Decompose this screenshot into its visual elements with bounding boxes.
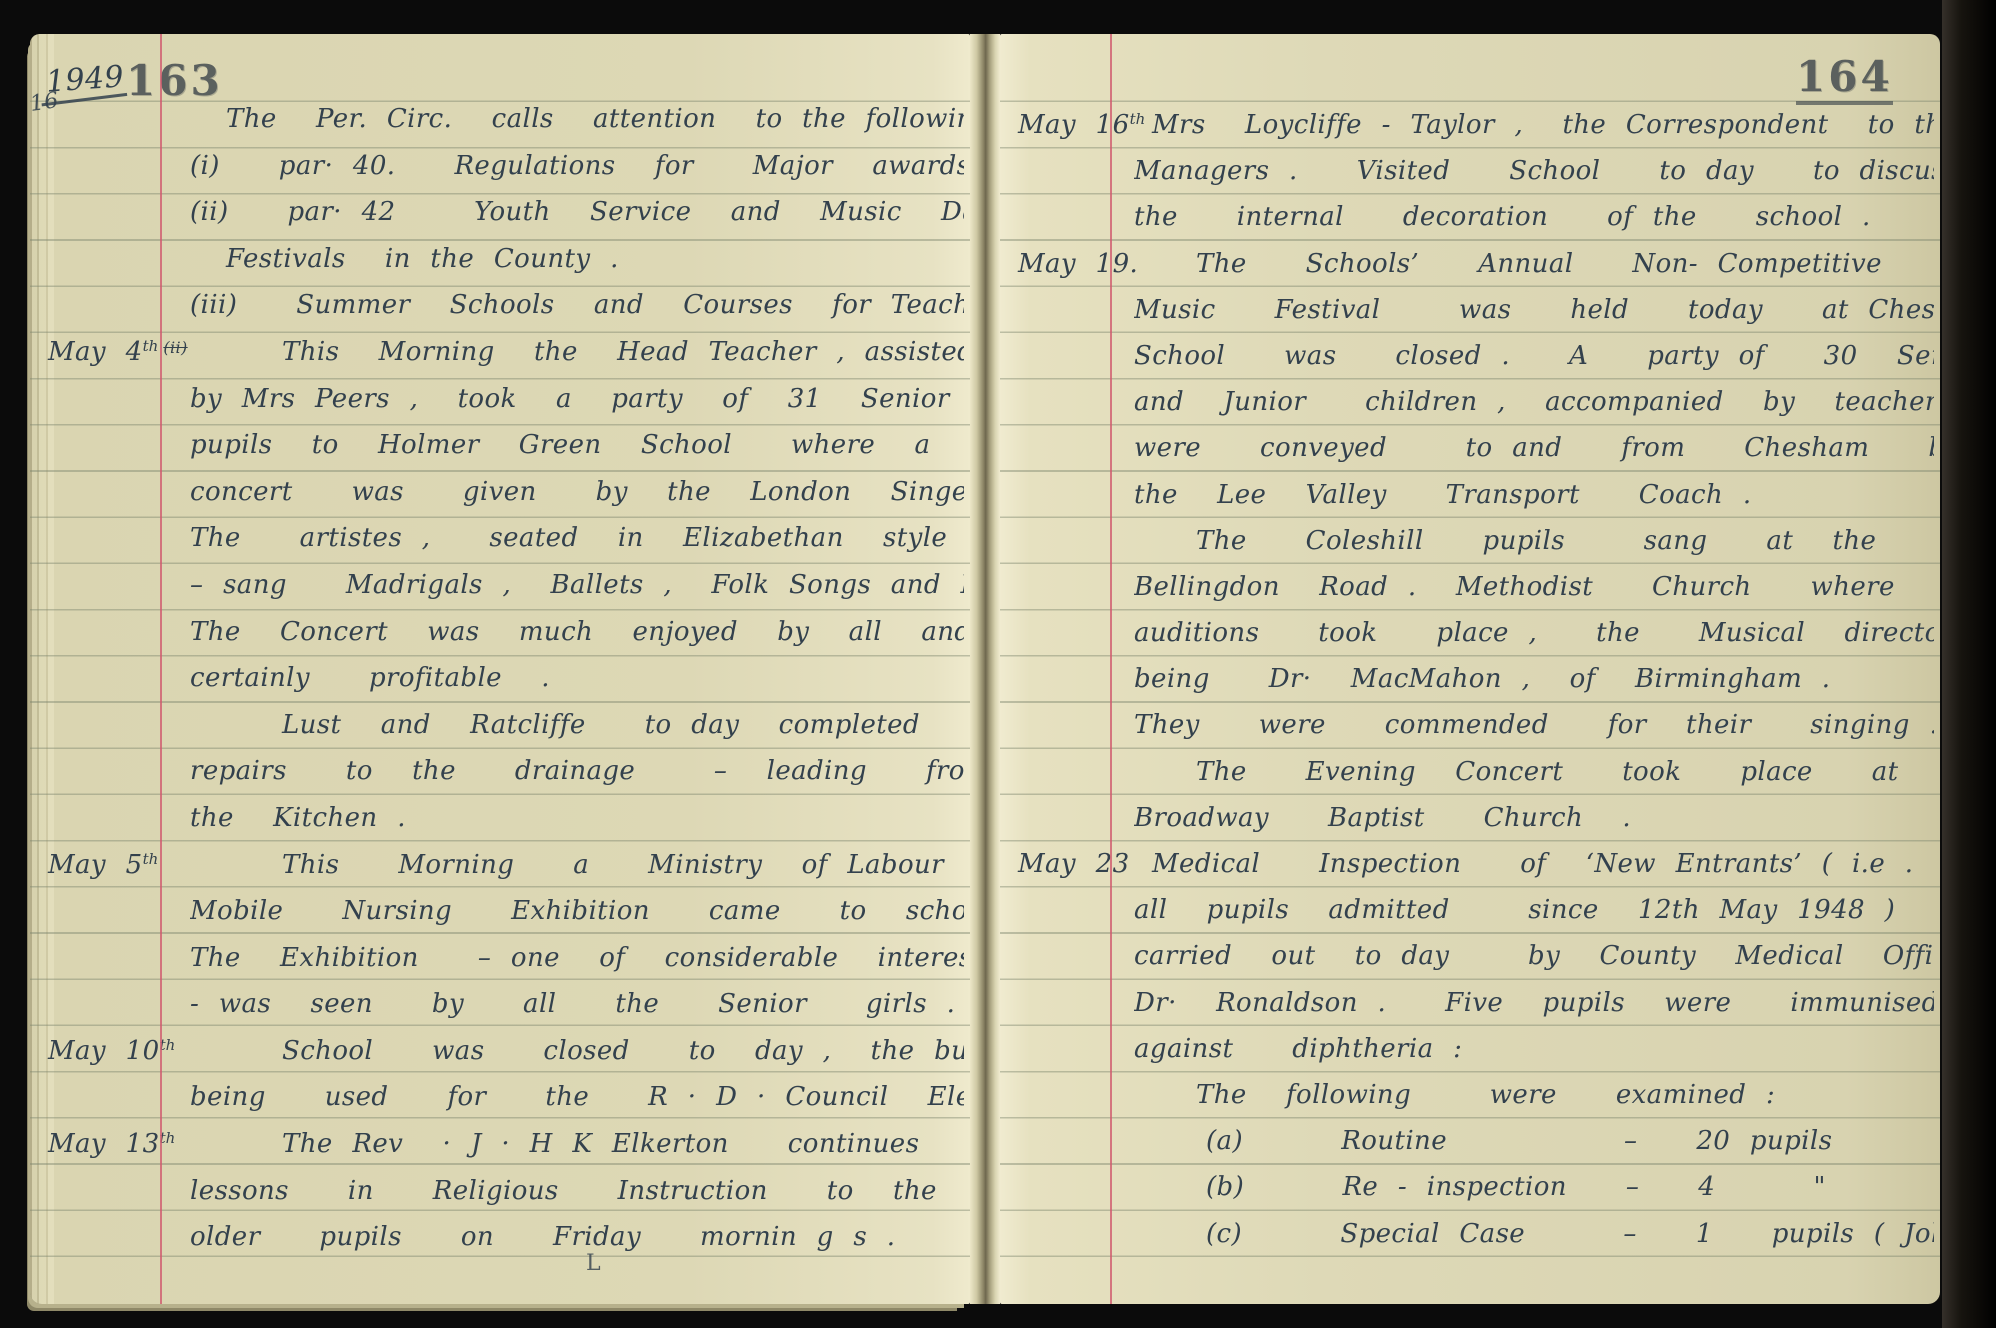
log-line: (iii) Summer Schools and Courses for Tea… <box>30 284 964 331</box>
log-line: Music Festival was held today at Chesham… <box>1000 289 1934 335</box>
log-line-text: The following were examined : <box>1134 1074 1934 1110</box>
log-line: – sang Madrigals , Ballets , Folk Songs … <box>30 564 964 611</box>
log-line: Festivals in the County . <box>30 238 964 285</box>
log-line-text: and Junior children , accompanied by tea… <box>1134 381 1934 417</box>
book-gutter <box>970 34 1000 1304</box>
log-line: The Evening Concert took place at <box>1000 751 1934 797</box>
log-line-text: (c) Special Case – 1 pupils ( John Adams… <box>1134 1213 1934 1249</box>
log-line-text: The Exhibition – one of considerable int… <box>190 937 964 973</box>
log-line-text: The artistes , seated in Elizabethan sty… <box>190 517 964 553</box>
log-line: all pupils admitted since 12th May 1948 … <box>1000 889 1934 935</box>
book-binding-edge <box>1942 0 1996 1328</box>
log-line: certainly profitable . <box>30 657 964 704</box>
log-line: Broadway Baptist Church . <box>1000 797 1934 843</box>
log-line-text: the internal decoration of the school . <box>1134 196 1934 232</box>
log-line: May 13thThe Rev · J · H K Elkerton conti… <box>30 1123 964 1170</box>
log-line-text: Music Festival was held today at Chesham… <box>1134 289 1934 325</box>
log-line: May 16thMrs Loycliffe - Taylor , the Cor… <box>1000 104 1934 150</box>
log-line-text: Managers . Visited School to day to disc… <box>1134 150 1934 186</box>
log-line: Mobile Nursing Exhibition came to school… <box>30 890 964 937</box>
log-line: concert was given by the London Singers … <box>30 471 964 518</box>
log-line: The Coleshill pupils sang at the <box>1000 520 1934 566</box>
log-line: repairs to the drainage – leading from <box>30 750 964 797</box>
log-line-text: The Coleshill pupils sang at the <box>1134 520 1934 556</box>
log-line-date: May 10th <box>48 1036 175 1066</box>
year-note: 1949 <box>45 59 125 99</box>
log-line: pupils to Holmer Green School where a <box>30 424 964 471</box>
log-line-text: The Concert was much enjoyed by all and <box>190 611 964 647</box>
right-page-entries: May 16thMrs Loycliffe - Taylor , the Cor… <box>1000 104 1934 1259</box>
log-line-text: by Mrs Peers , took a party of 31 Senior <box>190 378 964 414</box>
log-line: older pupils on Friday mornin g s . <box>30 1216 964 1263</box>
log-line: Managers . Visited School to day to disc… <box>1000 150 1934 196</box>
log-line-text: (i) par· 40. Regulations for Major award… <box>190 145 964 181</box>
log-line: The artistes , seated in Elizabethan sty… <box>30 517 964 564</box>
log-line-text: School was closed . A party of 30 Senior <box>1134 335 1934 371</box>
log-line: (c) Special Case – 1 pupils ( John Adams… <box>1000 1213 1934 1259</box>
log-line-text: School was closed to day , the building <box>190 1030 964 1066</box>
log-line-text: older pupils on Friday mornin g s . <box>190 1216 964 1252</box>
log-line-text: The Rev · J · H K Elkerton continues his <box>190 1123 964 1159</box>
log-line-text: Mrs Loycliffe - Taylor , the Corresponde… <box>1134 104 1934 140</box>
log-line: being used for the R · D · Council Elect… <box>30 1076 964 1123</box>
log-line: The Concert was much enjoyed by all and <box>30 611 964 658</box>
log-line: The following were examined : <box>1000 1074 1934 1120</box>
log-line-text: all pupils admitted since 12th May 1948 … <box>1134 889 1934 925</box>
log-line-text: concert was given by the London Singers … <box>190 471 964 507</box>
log-line-text: were conveyed to and from Chesham by <box>1134 427 1934 463</box>
log-line-text: against diphtheria : <box>1134 1028 1934 1064</box>
log-line-text: This Morning the Head Teacher , assisted <box>190 331 964 367</box>
log-line: the Lee Valley Transport Coach . <box>1000 474 1934 520</box>
log-line-text: (a) Routine – 20 pupils <box>1134 1120 1934 1156</box>
log-line-text: pupils to Holmer Green School where a <box>190 424 964 460</box>
log-line-text: Medical Inspection of ‘New Entrants’ ( i… <box>1134 843 1934 879</box>
log-line-text: lessons in Religious Instruction to the <box>190 1170 964 1206</box>
log-line-text: Bellingdon Road . Methodist Church where <box>1134 566 1934 602</box>
right-page: 164 May 16thMrs Loycliffe - Taylor , the… <box>1000 34 1940 1304</box>
log-line: May 4th(ii)This Morning the Head Teacher… <box>30 331 964 378</box>
stray-ink-mark: L <box>586 1251 601 1276</box>
log-line-text: carried out to day by County Medical Off… <box>1134 935 1934 971</box>
log-line: the Kitchen . <box>30 797 964 844</box>
log-line: May 5thThis Morning a Ministry of Labour <box>30 844 964 891</box>
log-line-text: - was seen by all the Senior girls . <box>190 983 964 1019</box>
log-line: Lust and Ratcliffe to day completed <box>30 704 964 751</box>
log-line: (a) Routine – 20 pupils <box>1000 1120 1934 1166</box>
log-line: May 10thSchool was closed to day , the b… <box>30 1030 964 1077</box>
log-line-date: May 13th <box>48 1129 175 1159</box>
log-line: by Mrs Peers , took a party of 31 Senior <box>30 378 964 425</box>
log-line: were conveyed to and from Chesham by <box>1000 427 1934 473</box>
log-line: The Exhibition – one of considerable int… <box>30 937 964 984</box>
log-line: (b) Re - inspection – 4 " <box>1000 1166 1934 1212</box>
log-line: the internal decoration of the school . <box>1000 196 1934 242</box>
logbook-photo: { "colors":{ "background":"#0b0b0b", "pa… <box>0 0 1996 1328</box>
left-page-entries: The Per. Circ. calls attention to the fo… <box>30 98 964 1263</box>
log-line-text: certainly profitable . <box>190 657 964 693</box>
log-line-text: the Lee Valley Transport Coach . <box>1134 474 1934 510</box>
log-line: They were commended for their singing . <box>1000 704 1934 750</box>
log-line-date: May 4th(ii) <box>48 337 188 367</box>
left-page: 16 1949 163 The Per. Circ. calls attenti… <box>30 34 970 1304</box>
log-line-text: being used for the R · D · Council Elect… <box>190 1076 964 1112</box>
log-line: Bellingdon Road . Methodist Church where <box>1000 566 1934 612</box>
log-line-text: The Evening Concert took place at <box>1134 751 1934 787</box>
log-line-text: Dr· Ronaldson . Five pupils were immunis… <box>1134 982 1934 1018</box>
log-line: May 19.The Schools’ Annual Non- Competit… <box>1000 243 1934 289</box>
log-line-date: May 23 <box>1018 849 1130 879</box>
log-line-text: Festivals in the County . <box>190 238 964 274</box>
log-line-text: The Schools’ Annual Non- Competitive <box>1134 243 1934 279</box>
log-line-date: May 19. <box>1018 249 1138 279</box>
log-line: being Dr· MacMahon , of Birmingham . <box>1000 658 1934 704</box>
log-line-date: May 5th <box>48 850 158 880</box>
log-line-text: Lust and Ratcliffe to day completed <box>190 704 964 740</box>
log-line-text: Mobile Nursing Exhibition came to school… <box>190 890 964 926</box>
right-page-number-stamp: 164 <box>1796 52 1893 105</box>
log-line-text: the Kitchen . <box>190 797 964 833</box>
log-line: (i) par· 40. Regulations for Major award… <box>30 145 964 192</box>
log-line: - was seen by all the Senior girls . <box>30 983 964 1030</box>
open-logbook: 16 1949 163 The Per. Circ. calls attenti… <box>30 34 1940 1304</box>
log-line-text: Broadway Baptist Church . <box>1134 797 1934 833</box>
log-line: School was closed . A party of 30 Senior <box>1000 335 1934 381</box>
log-line-text: being Dr· MacMahon , of Birmingham . <box>1134 658 1934 694</box>
log-line: auditions took place , the Musical direc… <box>1000 612 1934 658</box>
log-line: and Junior children , accompanied by tea… <box>1000 381 1934 427</box>
log-line-text: auditions took place , the Musical direc… <box>1134 612 1934 648</box>
log-line-text: repairs to the drainage – leading from <box>190 750 964 786</box>
log-line-text: (ii) par· 42 Youth Service and Music Dan… <box>190 191 964 227</box>
log-line-text: The Per. Circ. calls attention to the fo… <box>190 98 964 134</box>
log-line: against diphtheria : <box>1000 1028 1934 1074</box>
log-line: lessons in Religious Instruction to the <box>30 1170 964 1217</box>
log-line-text: (b) Re - inspection – 4 " <box>1134 1166 1934 1202</box>
log-line: The Per. Circ. calls attention to the fo… <box>30 98 964 145</box>
log-line: May 23Medical Inspection of ‘New Entrant… <box>1000 843 1934 889</box>
log-line-date: May 16th <box>1018 110 1145 140</box>
log-line-text: This Morning a Ministry of Labour <box>190 844 964 880</box>
log-line: Dr· Ronaldson . Five pupils were immunis… <box>1000 982 1934 1028</box>
log-line-text: They were commended for their singing . <box>1134 704 1934 740</box>
log-line: (ii) par· 42 Youth Service and Music Dan… <box>30 191 964 238</box>
log-line: carried out to day by County Medical Off… <box>1000 935 1934 981</box>
log-line-text: (iii) Summer Schools and Courses for Tea… <box>190 284 964 320</box>
log-line-text: – sang Madrigals , Ballets , Folk Songs … <box>190 564 964 600</box>
